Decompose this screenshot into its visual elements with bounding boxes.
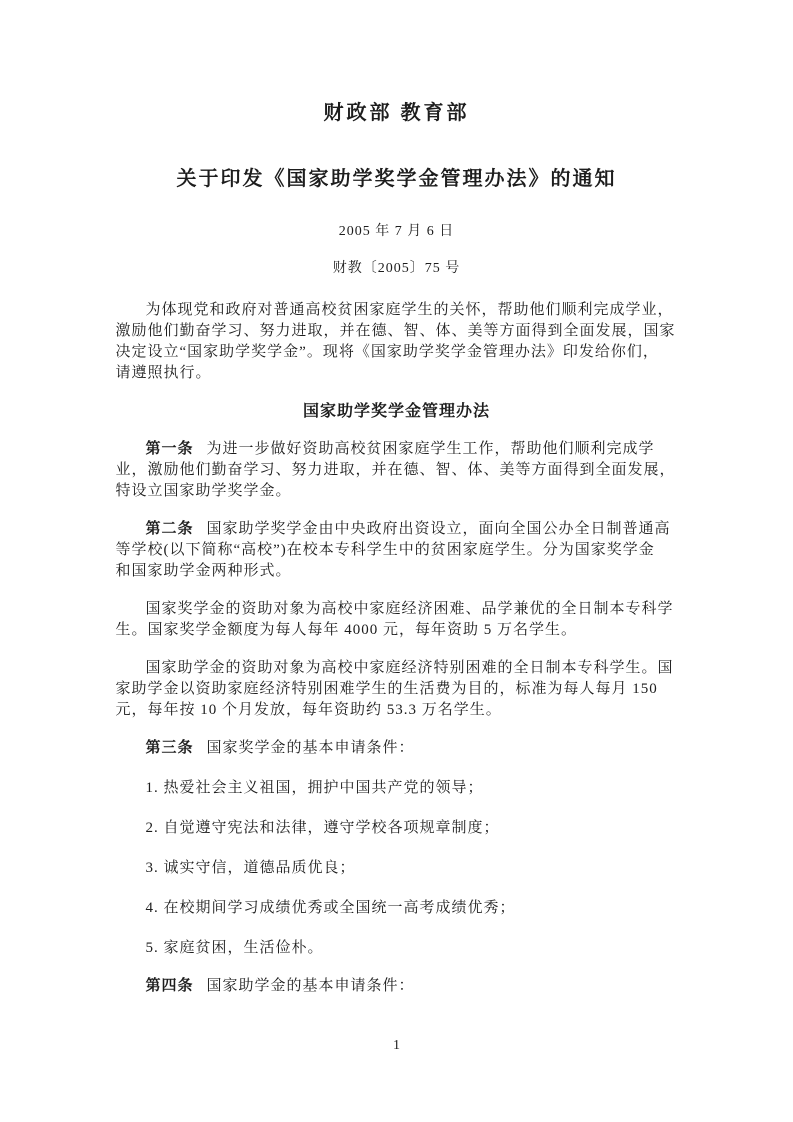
- article-label: 第二条: [146, 521, 194, 537]
- document-date: 2005 年 7 月 6 日: [0, 223, 793, 241]
- condition-5: 5. 家庭贫困，生活俭朴。: [116, 938, 678, 959]
- text-line: 国家奖学金的资助对象为高校中家庭经济困难、品学兼优的全日制本专科学: [116, 599, 678, 620]
- article-2: 第二条国家助学奖学金由中央政府出资设立，面向全国公办全日制普通高等学校(以下简称…: [116, 519, 678, 582]
- article-label: 第一条: [146, 441, 194, 457]
- article-text: 为进一步做好资助高校贫困家庭学生工作，帮助他们顺利完成学: [207, 441, 655, 457]
- grant-paragraph: 国家助学金的资助对象为高校中家庭经济特别困难的全日制本专科学生。国家助学金以资助…: [116, 658, 678, 721]
- text-line: 3. 诚实守信，道德品质优良；: [116, 858, 678, 879]
- document-page: 财政部 教育部 关于印发《国家助学奖学金管理办法》的通知 2005 年 7 月 …: [0, 0, 793, 1122]
- article-text: 国家助学金的基本申请条件：: [207, 978, 415, 994]
- text-line: 1. 热爱社会主义祖国，拥护中国共产党的领导；: [116, 778, 678, 799]
- text-line: 第四条国家助学金的基本申请条件：: [116, 976, 678, 997]
- text-line: 家助学金以资助家庭经济特别困难学生的生活费为目的，标准为每人每月 150: [116, 679, 678, 700]
- condition-4: 4. 在校期间学习成绩优秀或全国统一高考成绩优秀；: [116, 898, 678, 919]
- article-text: 国家助学奖学金由中央政府出资设立，面向全国公办全日制普通高: [207, 521, 671, 537]
- text-line: 生。国家奖学金额度为每人每年 4000 元，每年资助 5 万名学生。: [116, 620, 678, 641]
- text-line: 国家助学金的资助对象为高校中家庭经济特别困难的全日制本专科学生。国: [116, 658, 678, 679]
- text-line: 决定设立“国家助学奖学金”。现将《国家助学奖学金管理办法》印发给你们，: [116, 342, 678, 363]
- article-label: 第三条: [146, 740, 194, 756]
- text-line: 等学校(以下简称“高校”)在校本专科学生中的贫困家庭学生。分为国家奖学金: [116, 540, 678, 561]
- scholarship-paragraph: 国家奖学金的资助对象为高校中家庭经济困难、品学兼优的全日制本专科学生。国家奖学金…: [116, 599, 678, 641]
- article-4: 第四条国家助学金的基本申请条件：: [116, 976, 678, 997]
- text-line: 为体现党和政府对普通高校贫困家庭学生的关怀，帮助他们顺利完成学业，: [116, 300, 678, 321]
- text-line: 5. 家庭贫困，生活俭朴。: [116, 938, 678, 959]
- document-title: 关于印发《国家助学奖学金管理办法》的通知: [0, 166, 793, 192]
- measures-heading: 国家助学奖学金管理办法: [116, 401, 678, 422]
- condition-3: 3. 诚实守信，道德品质优良；: [116, 858, 678, 879]
- document-number: 财教〔2005〕75 号: [0, 260, 793, 278]
- article-3: 第三条国家奖学金的基本申请条件：: [116, 738, 678, 759]
- condition-2: 2. 自觉遵守宪法和法律，遵守学校各项规章制度；: [116, 818, 678, 839]
- intro-paragraph: 为体现党和政府对普通高校贫困家庭学生的关怀，帮助他们顺利完成学业，激励他们勤奋学…: [116, 300, 678, 384]
- text-line: 第三条国家奖学金的基本申请条件：: [116, 738, 678, 759]
- text-line: 激励他们勤奋学习、努力进取，并在德、智、体、美等方面得到全面发展，国家: [116, 321, 678, 342]
- text-line: 第二条国家助学奖学金由中央政府出资设立，面向全国公办全日制普通高: [116, 519, 678, 540]
- text-line: 4. 在校期间学习成绩优秀或全国统一高考成绩优秀；: [116, 898, 678, 919]
- text-line: 请遵照执行。: [116, 363, 678, 384]
- text-line: 特设立国家助学奖学金。: [116, 481, 678, 502]
- document-body: 为体现党和政府对普通高校贫困家庭学生的关怀，帮助他们顺利完成学业，激励他们勤奋学…: [116, 300, 678, 997]
- article-1: 第一条为进一步做好资助高校贫困家庭学生工作，帮助他们顺利完成学业，激励他们勤奋学…: [116, 439, 678, 502]
- page-number: 1: [0, 1038, 793, 1054]
- text-line: 和国家助学金两种形式。: [116, 561, 678, 582]
- condition-1: 1. 热爱社会主义祖国，拥护中国共产党的领导；: [116, 778, 678, 799]
- issuer-title: 财政部 教育部: [0, 0, 793, 126]
- article-text: 国家奖学金的基本申请条件：: [207, 740, 415, 756]
- text-line: 2. 自觉遵守宪法和法律，遵守学校各项规章制度；: [116, 818, 678, 839]
- text-line: 业，激励他们勤奋学习、努力进取，并在德、智、体、美等方面得到全面发展，: [116, 460, 678, 481]
- text-line: 元，每年按 10 个月发放，每年资助约 53.3 万名学生。: [116, 700, 678, 721]
- text-line: 第一条为进一步做好资助高校贫困家庭学生工作，帮助他们顺利完成学: [116, 439, 678, 460]
- article-label: 第四条: [146, 978, 194, 994]
